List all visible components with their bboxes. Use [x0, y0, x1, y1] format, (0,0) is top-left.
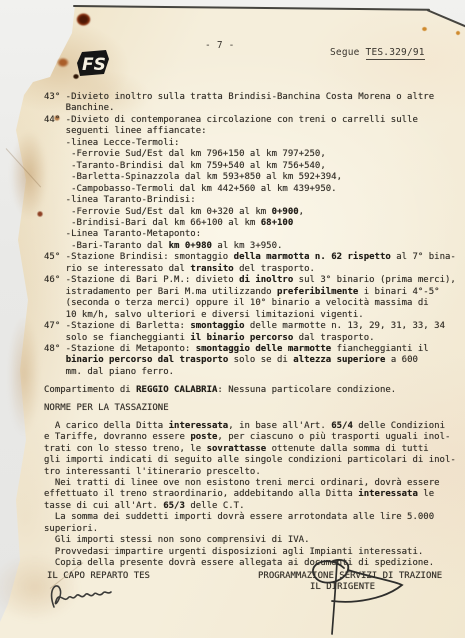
text-line: -linea Lecce-Termoli: — [44, 138, 464, 149]
text-line: La somma dei suddetti importi dovrà esse… — [44, 512, 464, 523]
text-line: -Bari-Taranto dal km 0+980 al km 3+950. — [44, 241, 464, 252]
text-line: effettuato il treno straordinario, addeb… — [44, 489, 464, 500]
text-line: 47° -Stazione di Barletta: smontaggio de… — [44, 321, 464, 332]
text-line: istradamento per Bari M.ma utilizzando p… — [44, 287, 464, 298]
tassazione-paragraphs: A carico della Ditta interessata, in bas… — [44, 421, 464, 570]
norme-heading: NORME PER LA TASSAZIONE — [44, 403, 464, 414]
text-line: seguenti linee affiancate: — [44, 126, 464, 137]
signature-left-handwriting — [45, 579, 125, 613]
text-line: Gli importi stessi non sono comprensivi … — [44, 535, 464, 546]
text-line: 45° -Stazione Brindisi: smontaggio della… — [44, 252, 464, 263]
text-line: (seconda o terza merci) oppure il 10° bi… — [44, 298, 464, 309]
text-line: gli importi indicati di seguito alle sin… — [44, 455, 464, 466]
text-line: e Tariffe, dovranno essere poste, per ci… — [44, 432, 464, 443]
scanned-document-page: FS - 7 - Segue TES.329/91 43° -Divieto i… — [0, 0, 465, 638]
text-line: 48° -Stazione di Metaponto: smontaggio d… — [44, 344, 464, 355]
text-line: superiori. — [44, 524, 464, 535]
text-line: -Ferrovie Sud/Est dal km 796+150 al km 7… — [44, 149, 464, 160]
text-line: tro interessanti l'itinerario prescelto. — [44, 467, 464, 478]
text-line: Banchine. — [44, 103, 464, 114]
text-line: 46° -Stazione di Bari P.M.: divieto di i… — [44, 275, 464, 286]
text-line: 43° -Divieto inoltro sulla tratta Brindi… — [44, 92, 464, 103]
fs-railways-logo-icon: FS — [76, 49, 110, 77]
text-line: -Linea Taranto-Metaponto: — [44, 229, 464, 240]
text-line: tasse di cui all'Art. 65/3 delle C.T. — [44, 501, 464, 512]
text-line: rio se interessato dal transito del tras… — [44, 264, 464, 275]
text-line: solo se fiancheggianti il binario percor… — [44, 333, 464, 344]
conditions-list: 43° -Divieto inoltro sulla tratta Brindi… — [44, 92, 464, 378]
text-line: 10 km/h, salvo ulteriori e diversi limit… — [44, 310, 464, 321]
text-line: binario percorso dal trasporto solo se d… — [44, 355, 464, 366]
text-line: mm. dal piano ferro. — [44, 367, 464, 378]
text-line: Compartimento di REGGIO CALABRIA: Nessun… — [44, 385, 464, 396]
text-line: -Taranto-Brindisi dal km 759+540 al km 7… — [44, 161, 464, 172]
text-line: A carico della Ditta interessata, in bas… — [44, 421, 464, 432]
text-line: 44° -Divieto di contemporanea circolazio… — [44, 115, 464, 126]
text-line: trati con lo stesso treno, le sovrattass… — [44, 444, 464, 455]
document-body: 43° -Divieto inoltro sulla tratta Brindi… — [44, 92, 464, 570]
signature-right-handwriting — [282, 556, 427, 636]
segue-ref-number: TES.329/91 — [366, 47, 425, 60]
segue-prefix: Segue — [330, 47, 366, 58]
text-line: -Ferrovie Sud/Est dal km 0+320 al km 0+9… — [44, 207, 464, 218]
text-line: Nei tratti di linee ove non esistono tre… — [44, 478, 464, 489]
text-line: -Brindisi-Bari dal km 66+100 al km 68+10… — [44, 218, 464, 229]
text-line: -Barletta-Spinazzola dal km 593+850 al k… — [44, 172, 464, 183]
text-line: -Campobasso-Termoli dal km 442+560 al km… — [44, 184, 464, 195]
compartimento-line: Compartimento di REGGIO CALABRIA: Nessun… — [44, 385, 464, 396]
page-number: - 7 - — [205, 40, 235, 51]
svg-text:FS: FS — [82, 55, 106, 75]
segue-reference: Segue TES.329/91 — [330, 47, 425, 58]
text-line: -linea Taranto-Brindisi: — [44, 195, 464, 206]
